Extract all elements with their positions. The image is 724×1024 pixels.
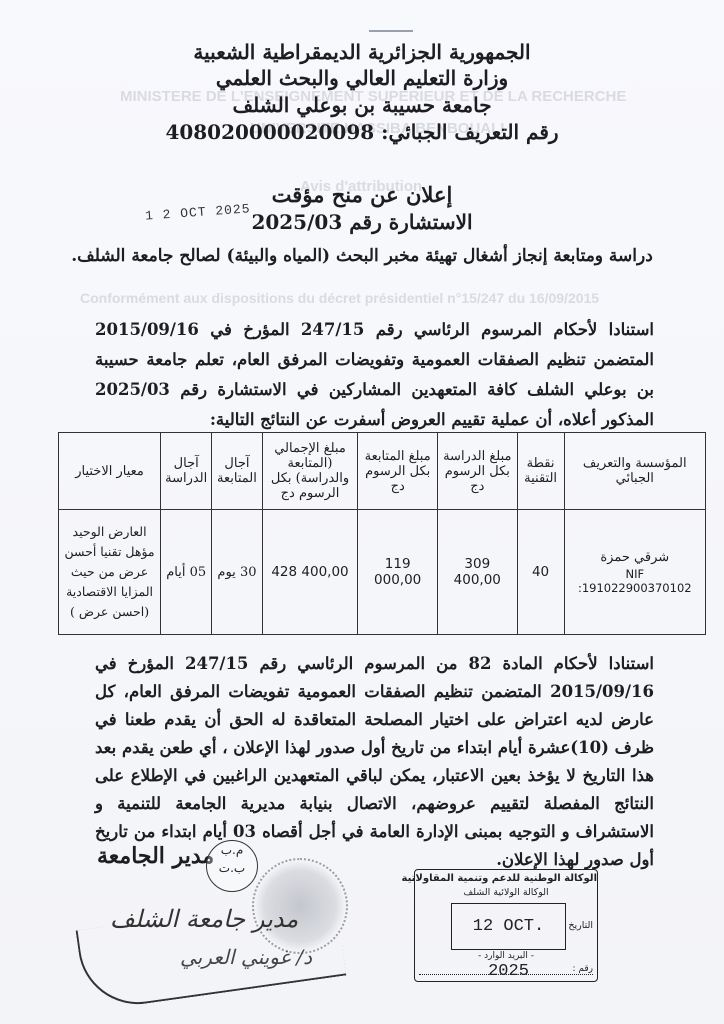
stamp-number-label: رقم :: [419, 964, 593, 975]
cell-technical-score: 40: [517, 510, 564, 635]
cell-company: شرقي حمزة NIF :191022900370102: [564, 510, 705, 635]
initials-stamp: م.ب ب.ت: [206, 840, 258, 892]
stamp-mail-label: - البريد الوارد -: [415, 951, 597, 961]
cell-total-amount: 428 400,00: [262, 510, 358, 635]
initials-line-2: ب.ت: [207, 859, 257, 877]
col-total-amount: مبلغ الإجمالي (المتابعة والدراسة) بكل ال…: [262, 433, 358, 510]
top-rule: [369, 30, 413, 32]
stamp-branch: الوكالة الولائية الشلف: [415, 887, 597, 898]
header-republic: الجمهورية الجزائرية الديمقراطية الشعبية: [0, 40, 724, 64]
header-ministry: وزارة التعليم العالي والبحث العلمي: [0, 66, 724, 90]
col-technical-score: نقطة التقنية: [517, 433, 564, 510]
company-nif: NIF :191022900370102: [569, 567, 701, 595]
initials-line-1: م.ب: [207, 841, 257, 859]
stamp-date: 12 OCT. 2025: [451, 903, 566, 950]
notice-subject: دراسة ومتابعة إنجاز أشغال تهيئة مخبر الب…: [70, 246, 654, 266]
col-study-duration: آجال الدراسة: [161, 433, 212, 510]
col-selection-criterion: معيار الاختيار: [59, 433, 161, 510]
consultation-number: الاستشارة رقم 2025/03: [0, 210, 724, 234]
stamp-agency: الوكالة الوطنية للدعم وتنمية المقاولاتية: [415, 873, 597, 884]
signature-line-2: د/ غويني العربي: [180, 945, 312, 969]
cell-study-amount: 309 400,00: [437, 510, 517, 635]
col-company: المؤسسة والتعريف الجبائي: [564, 433, 705, 510]
signature-line-1: مدير جامعة الشلف: [110, 905, 298, 933]
col-followup-duration: آجال المتابعة: [212, 433, 262, 510]
notice-title: إعلان عن منح مؤقت: [0, 182, 724, 207]
table-header-row: المؤسسة والتعريف الجبائي نقطة التقنية مب…: [59, 433, 706, 510]
cell-followup-duration: 30 يوم: [212, 510, 262, 635]
cell-followup-amount: 119 000,00: [358, 510, 438, 635]
appeal-paragraph: استنادا لأحكام المادة 82 من المرسوم الرئ…: [95, 650, 654, 874]
intro-paragraph: استنادا لأحكام المرسوم الرئاسي رقم 247/1…: [95, 315, 654, 435]
results-table: المؤسسة والتعريف الجبائي نقطة التقنية مب…: [58, 432, 706, 635]
show-through-text: Conformément aux dispositions du décret …: [80, 290, 599, 306]
cell-selection-criterion: العارض الوحيد مؤهل تقنيا أحسن عرض من حيث…: [59, 510, 161, 635]
company-name: شرقي حمزة: [600, 550, 669, 565]
table-row: شرقي حمزة NIF :191022900370102 40 309 40…: [59, 510, 706, 635]
header-university: جامعة حسيبة بن بوعلي الشلف: [0, 93, 724, 117]
stamp-date-label: التاريخ: [568, 920, 593, 931]
reception-stamp: الوكالة الوطنية للدعم وتنمية المقاولاتية…: [414, 869, 598, 982]
signature-title: مدير الجامعة: [97, 843, 214, 869]
document-page: MINISTERE DE L'ENSEIGNEMENT SUPERIEUR ET…: [0, 0, 724, 1024]
header-tax-id: رقم التعريف الجبائي: 408020000020098: [0, 120, 724, 144]
col-followup-amount: مبلغ المتابعة بكل الرسوم دج: [358, 433, 438, 510]
col-study-amount: مبلغ الدراسة بكل الرسوم دج: [437, 433, 517, 510]
cell-study-duration: 05 أيام: [161, 510, 212, 635]
